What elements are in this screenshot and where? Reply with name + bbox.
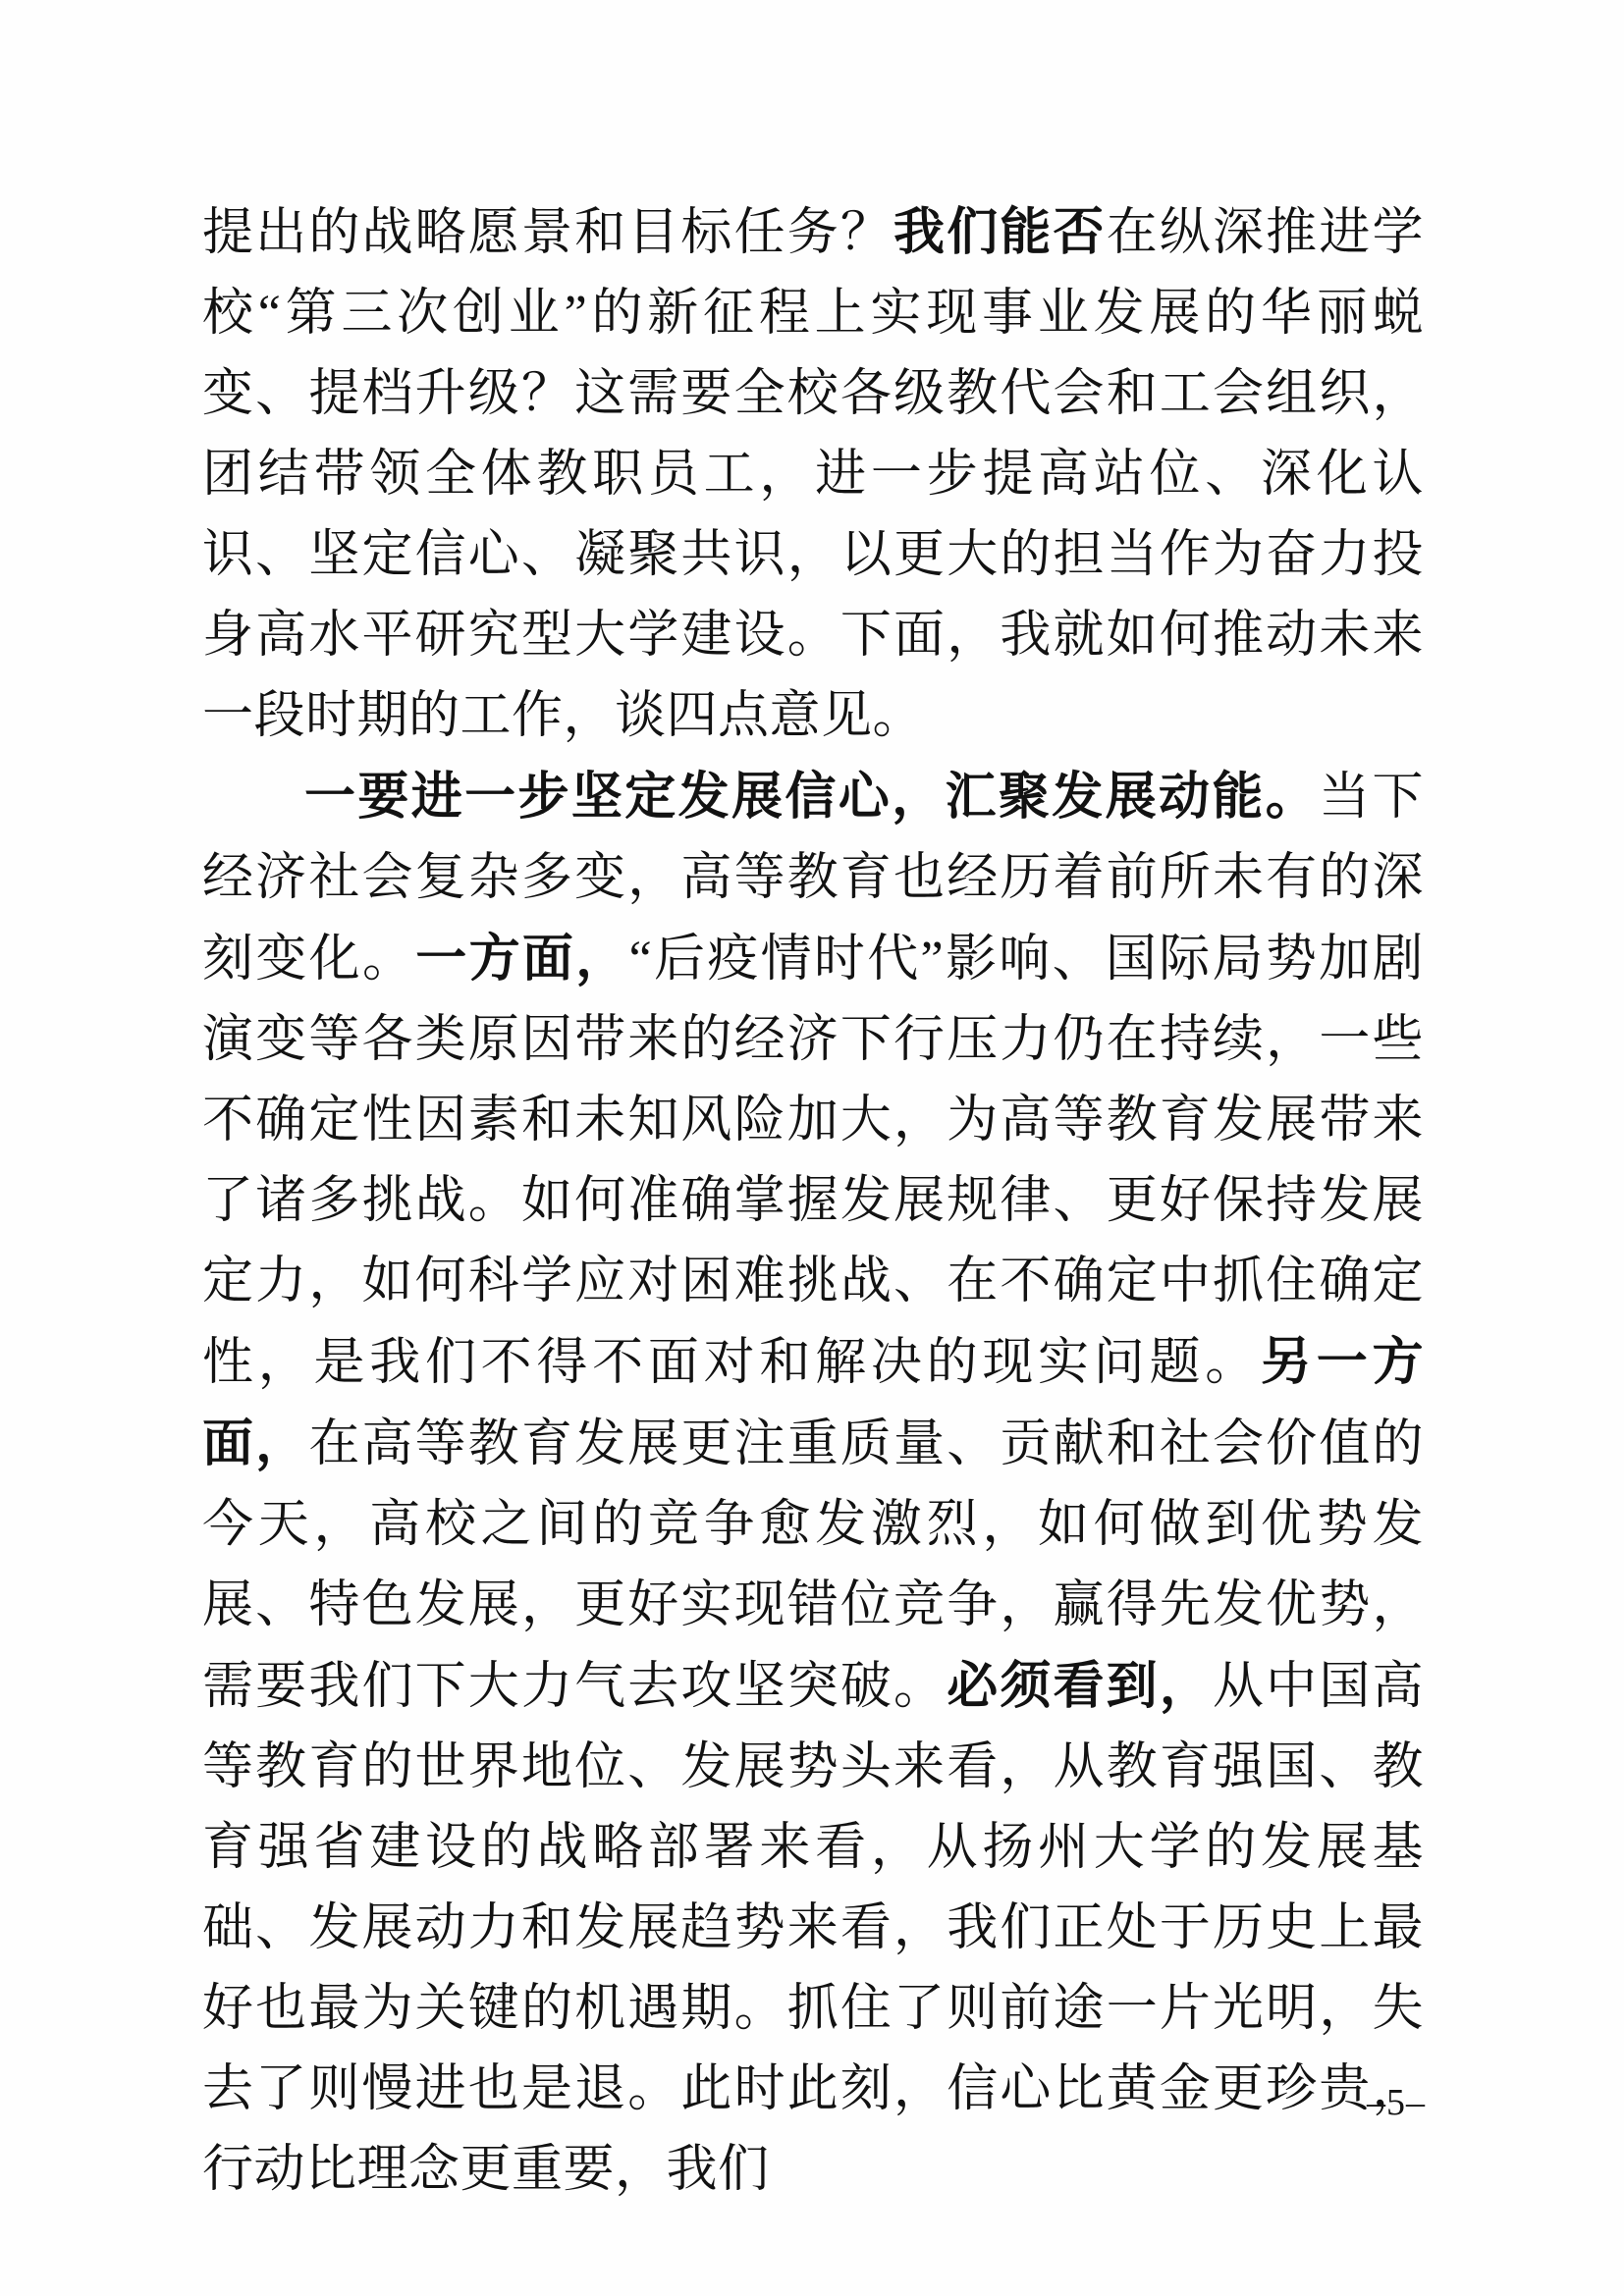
text-run: 从中国高等教育的世界地位、发展势头来看，从教育强国、教育强省建设的战略部署来看，… (202, 1659, 1424, 2198)
emphasis-text-run: 必须看到， (947, 1658, 1213, 1715)
text-run: 提出的战略愿景和目标任务？ (202, 205, 893, 261)
page-number: –5– (1367, 2079, 1426, 2126)
document-body: 提出的战略愿景和目标任务？我们能否在纵深推进学校“第三次创业”的新征程上实现事业… (202, 192, 1424, 2211)
paragraph: 提出的战略愿景和目标任务？我们能否在纵深推进学校“第三次创业”的新征程上实现事业… (202, 192, 1424, 757)
text-run: 在纵深推进学校“第三次创业”的新征程上实现事业发展的华丽蜕变、提档升级？这需要全… (202, 205, 1424, 744)
emphasis-text-run: 一要进一步坚定发展信心，汇聚发展动能。 (304, 769, 1319, 826)
emphasis-text-run: 一方面， (415, 931, 628, 988)
emphasis-text-run: 我们能否 (893, 204, 1107, 261)
document-page: 提出的战略愿景和目标任务？我们能否在纵深推进学校“第三次创业”的新征程上实现事业… (0, 0, 1624, 2296)
paragraph: 一要进一步坚定发展信心，汇聚发展动能。当下经济社会复杂多变，高等教育也经历着前所… (202, 757, 1424, 2211)
text-run: “后疫情时代”影响、国际局势加剧演变等各类原因带来的经济下行压力仍在持续，一些不… (202, 932, 1424, 1391)
